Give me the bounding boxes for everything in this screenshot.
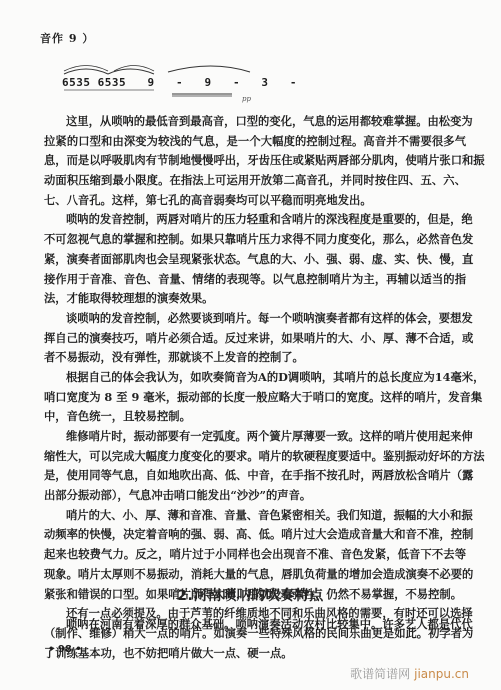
text-line: 接作用于音准、音色、音量、情绪的表现等。以气息控制哨片为主，再辅以适当的指 — [44, 270, 466, 290]
section-heading: 2.河南唢呐的吹奏特点 — [0, 585, 501, 605]
jianpu-notes: 6535 6535 9 - 9 - 3 - — [62, 76, 297, 89]
paragraph: 还有一点必须提及。由于芦苇的纤维质地不同和乐曲风格的需要，有时还可以选择 （制作… — [44, 604, 466, 663]
watermark: 歌谱简谱网jianpu.cn — [350, 665, 469, 682]
text-line: 根据自己的体会我认为，如吹奏筒音为A的D调唢呐，其哨片的总长度应为14毫米， — [44, 368, 466, 388]
text-line: 动面积压缩到最小限度。在指法上可运用开放第二高音孔，并同时按住四、五、六、 — [44, 171, 466, 191]
text-line: 出部分振动部），气息冲击哨口能发出“沙沙”的声音。 — [44, 486, 466, 506]
paragraph: 根据自己的体会我认为，如吹奏筒音为A的D调唢呐，其哨片的总长度应为14毫米， 哨… — [44, 368, 466, 427]
text-line: 哨片的大、小、厚、薄和音准、音量、音色紧密相关。我们知道，振幅的大小和振 — [44, 506, 466, 526]
example-caption: 音作 9 ） — [40, 30, 94, 46]
text-line: 起来也较费气力。反之，哨片过于小同样也会出现音不准、音色发紧，低音下不去等 — [44, 545, 466, 565]
text-line: 唢呐的发音控制，两唇对哨片的压力轻重和含哨片的深浅程度是重要的，但是，绝 — [44, 210, 466, 230]
text-line: 息，而是以呼吸肌肉有节制地慢慢呼出，牙齿压住或紧贴两唇部分肌肉，使哨片张口和振 — [44, 151, 466, 171]
music-notation: 6535 6535 9 - 9 - 3 - pp — [62, 60, 302, 110]
page-number: • 98 • — [48, 644, 82, 655]
watermark-cn: 歌谱简谱网 — [350, 667, 410, 681]
text-line: 法，才能取得较理想的演奏效果。 — [44, 289, 466, 309]
text-line: 动频率的快慢，决定着音响的强、弱、高、低。哨片过大会造成音量大和音不准，控制 — [44, 525, 466, 545]
text-line: 这里，从唢呐的最低音到最高音，口型的变化，气息的运用都较难掌握。由松变为 — [44, 112, 466, 132]
paragraph: 谈唢呐的发音控制，必然要谈到哨片。每一个唢呐演奏者都有这样的体会，要想发 挥自己… — [44, 309, 466, 368]
paragraph: 这里，从唢呐的最低音到最高音，口型的变化，气息的运用都较难掌握。由松变为 拉紧的… — [44, 112, 466, 210]
text-line: 维修哨片时，振动部要有一定弧度。两个簧片厚薄要一致。这样的哨片使用起来伸 — [44, 427, 466, 447]
text-line: 中，音色统一，且较易控制。 — [44, 407, 466, 427]
paragraph: 维修哨片时，振动部要有一定弧度。两个簧片厚薄要一致。这样的哨片使用起来伸 缩性大… — [44, 427, 466, 506]
text-line: 紧，演奏者面部肌肉也会呈现紧张状态。气息的大、小、强、弱、虚、实、快、慢，直 — [44, 250, 466, 270]
text-line: 不可忽视气息的掌握和控制。如果只靠哨片压力求得不同力度变化，那么，必然音色发 — [44, 230, 466, 250]
text-line: 谈唢呐的发音控制，必然要谈到哨片。每一个唢呐演奏者都有这样的体会，要想发 — [44, 309, 466, 329]
text-line: 拉紧的口型和由深变为较浅的气息，是一个大幅度的控制过程。高音并不需要很多气 — [44, 132, 466, 152]
closing-line: 唢呐在河南有着深厚的群众基础。唢呐演奏活动农村比较集中。许多艺人都是代代 — [44, 616, 466, 632]
text-line: 了训练基本功，也不妨把哨片做大一点、硬一点。 — [44, 644, 466, 664]
watermark-latin: jianpu.cn — [414, 667, 469, 681]
text-line: 现象。哨片太厚则不易振动，消耗大量的气息，唇肌负荷量的增加会造成演奏不必要的 — [44, 565, 466, 585]
text-line: 哨口宽度为 8 至 9 毫米，振动部的长度一般应略大于哨口的宽度。这样的哨片，发… — [44, 388, 466, 408]
paragraph: 唢呐的发音控制，两唇对哨片的压力轻重和含哨片的深浅程度是重要的，但是，绝 不可忽… — [44, 210, 466, 308]
text-line: 缩性大，可以完成大幅度力度变化的要求。哨片的软硬程度要适中。鉴别振动好坏的方法 — [44, 447, 466, 467]
text-line: 七、八音孔。这样，第七孔的高音弱奏均可以平稳而明亮地发出。 — [44, 191, 466, 211]
body-text: 这里，从唢呐的最低音到最高音，口型的变化，气息的运用都较难掌握。由松变为 拉紧的… — [44, 112, 466, 663]
text-line: 挥自己的演奏技巧，哨片必须合适。反过来讲，如果哨片的大、小、厚、薄不合适，或 — [44, 329, 466, 349]
text-line: 者不易振动，没有弹性，那就谈不上发音的控制了。 — [44, 348, 466, 368]
dynamic-marking: pp — [242, 95, 251, 103]
text-line: 是，使用同等气息，自如地吹出高、低、中音，在手指不按孔时，两唇放松含哨片（露 — [44, 466, 466, 486]
